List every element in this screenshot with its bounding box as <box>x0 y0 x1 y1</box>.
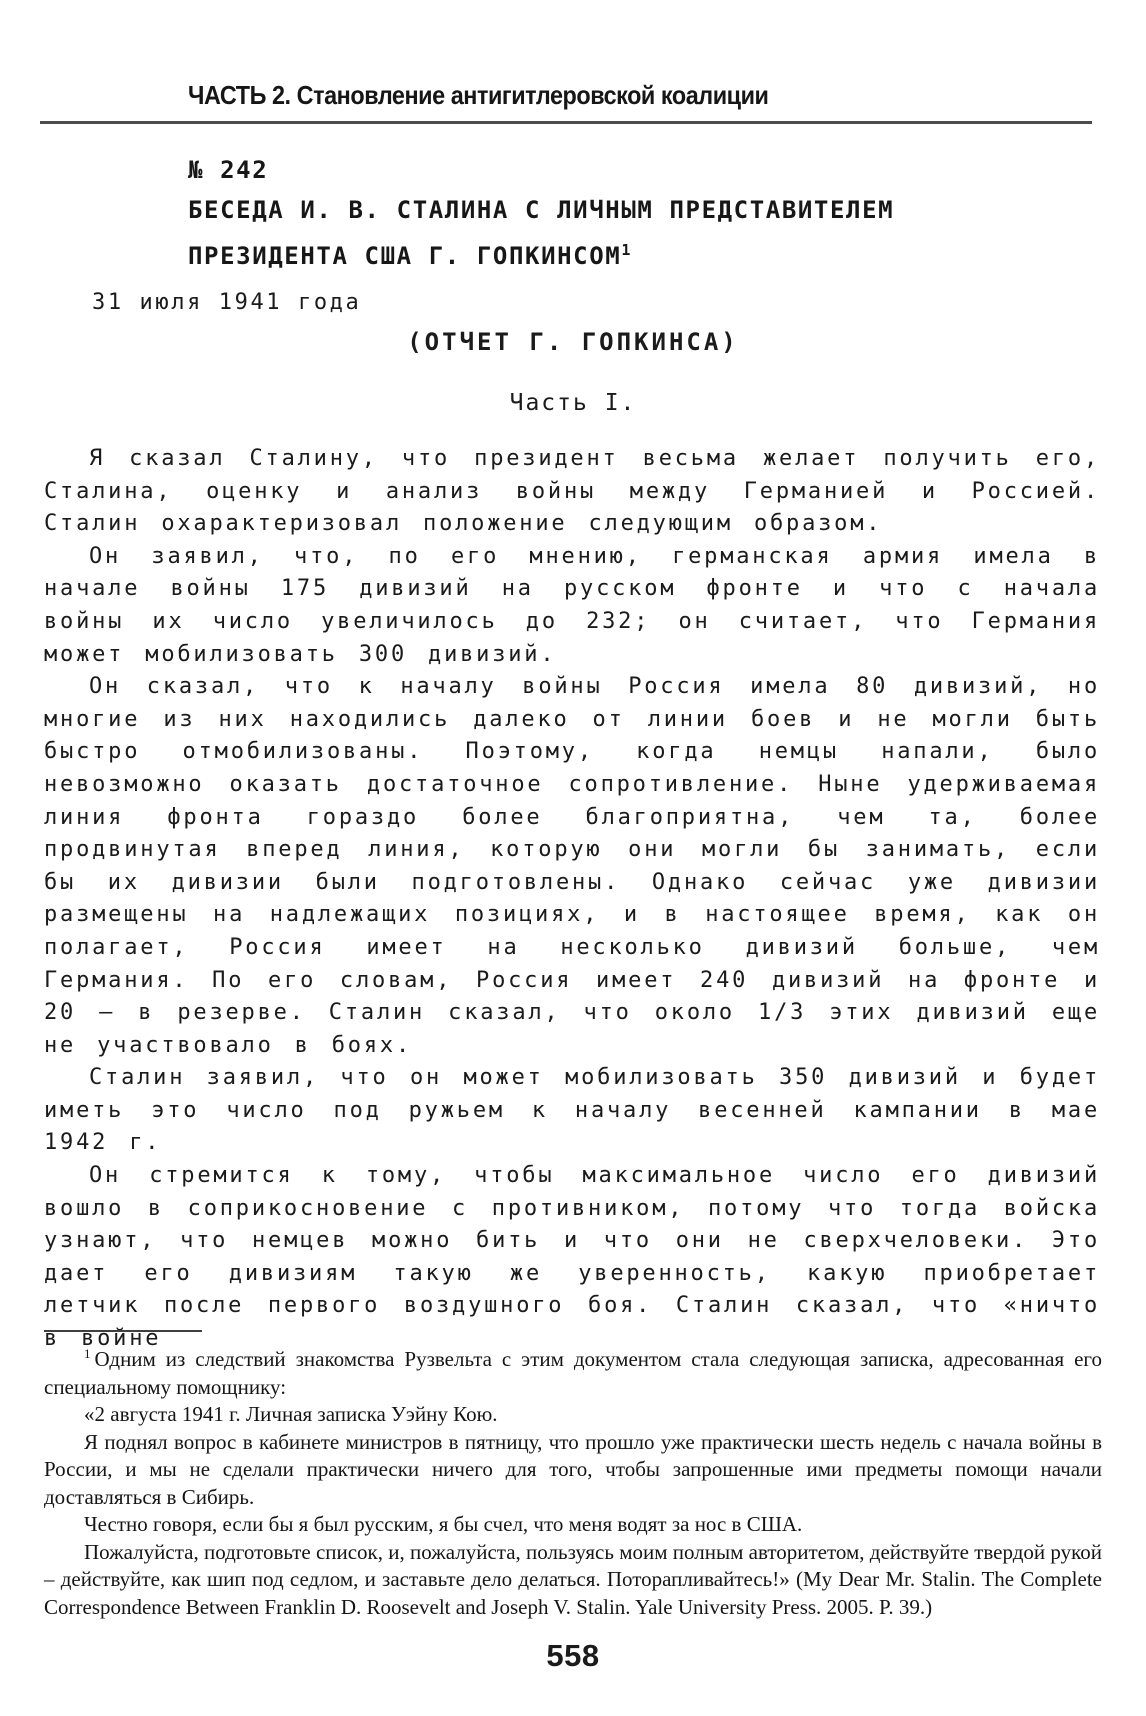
header-divider <box>40 121 1092 124</box>
document-title-line2-text: ПРЕЗИДЕНТА США Г. ГОПКИНСОМ <box>188 242 621 270</box>
document-title-line2: ПРЕЗИДЕНТА США Г. ГОПКИНСОМ1 <box>188 230 894 276</box>
footnote-paragraph: Пожалуйста, подготовьте список, и, пожал… <box>44 1539 1102 1622</box>
footnote-divider <box>44 1330 202 1332</box>
document-title-line1: БЕСЕДА И. В. СТАЛИНА С ЛИЧНЫМ ПРЕДСТАВИТ… <box>188 190 894 230</box>
footnote-paragraph-text: Одним из следствий знакомства Рузвельта … <box>44 1347 1102 1399</box>
title-footnote-mark: 1 <box>621 241 630 259</box>
book-page: ЧАСТЬ 2. Становление антигитлеровской ко… <box>0 0 1146 1716</box>
body-paragraph: Он сказал, что к началу войны Россия име… <box>44 671 1100 1062</box>
footnote-mark: 1 <box>84 1346 91 1361</box>
body-paragraph: Он заявил, что, по его мнению, германска… <box>44 541 1100 671</box>
running-header: ЧАСТЬ 2. Становление антигитлеровской ко… <box>188 80 768 111</box>
footnote-paragraph: «2 августа 1941 г. Личная записка Уэйну … <box>44 1401 1102 1429</box>
body-paragraph: Я сказал Сталину, что президент весьма ж… <box>44 443 1100 541</box>
body-paragraph: Сталин заявил, что он может мобилизовать… <box>44 1062 1100 1160</box>
document-heading: № 242 БЕСЕДА И. В. СТАЛИНА С ЛИЧНЫМ ПРЕД… <box>188 150 894 276</box>
document-body: Я сказал Сталину, что президент весьма ж… <box>44 443 1100 1356</box>
document-date: 31 июля 1941 года <box>92 290 361 315</box>
part-heading: Часть I. <box>0 390 1146 416</box>
body-paragraph: Он стремится к тому, чтобы максимальное … <box>44 1160 1100 1356</box>
footnote-paragraph: 1Одним из следствий знакомства Рузвельта… <box>44 1340 1102 1401</box>
footnote-paragraph: Я поднял вопрос в кабинете министров в п… <box>44 1429 1102 1512</box>
footnote-block: 1Одним из следствий знакомства Рузвельта… <box>44 1340 1102 1621</box>
footnote-paragraph: Честно говоря, если бы я был русским, я … <box>44 1511 1102 1539</box>
page-number: 558 <box>0 1638 1146 1674</box>
document-number: № 242 <box>188 150 894 190</box>
report-title: (ОТЧЕТ Г. ГОПКИНСА) <box>0 328 1146 356</box>
